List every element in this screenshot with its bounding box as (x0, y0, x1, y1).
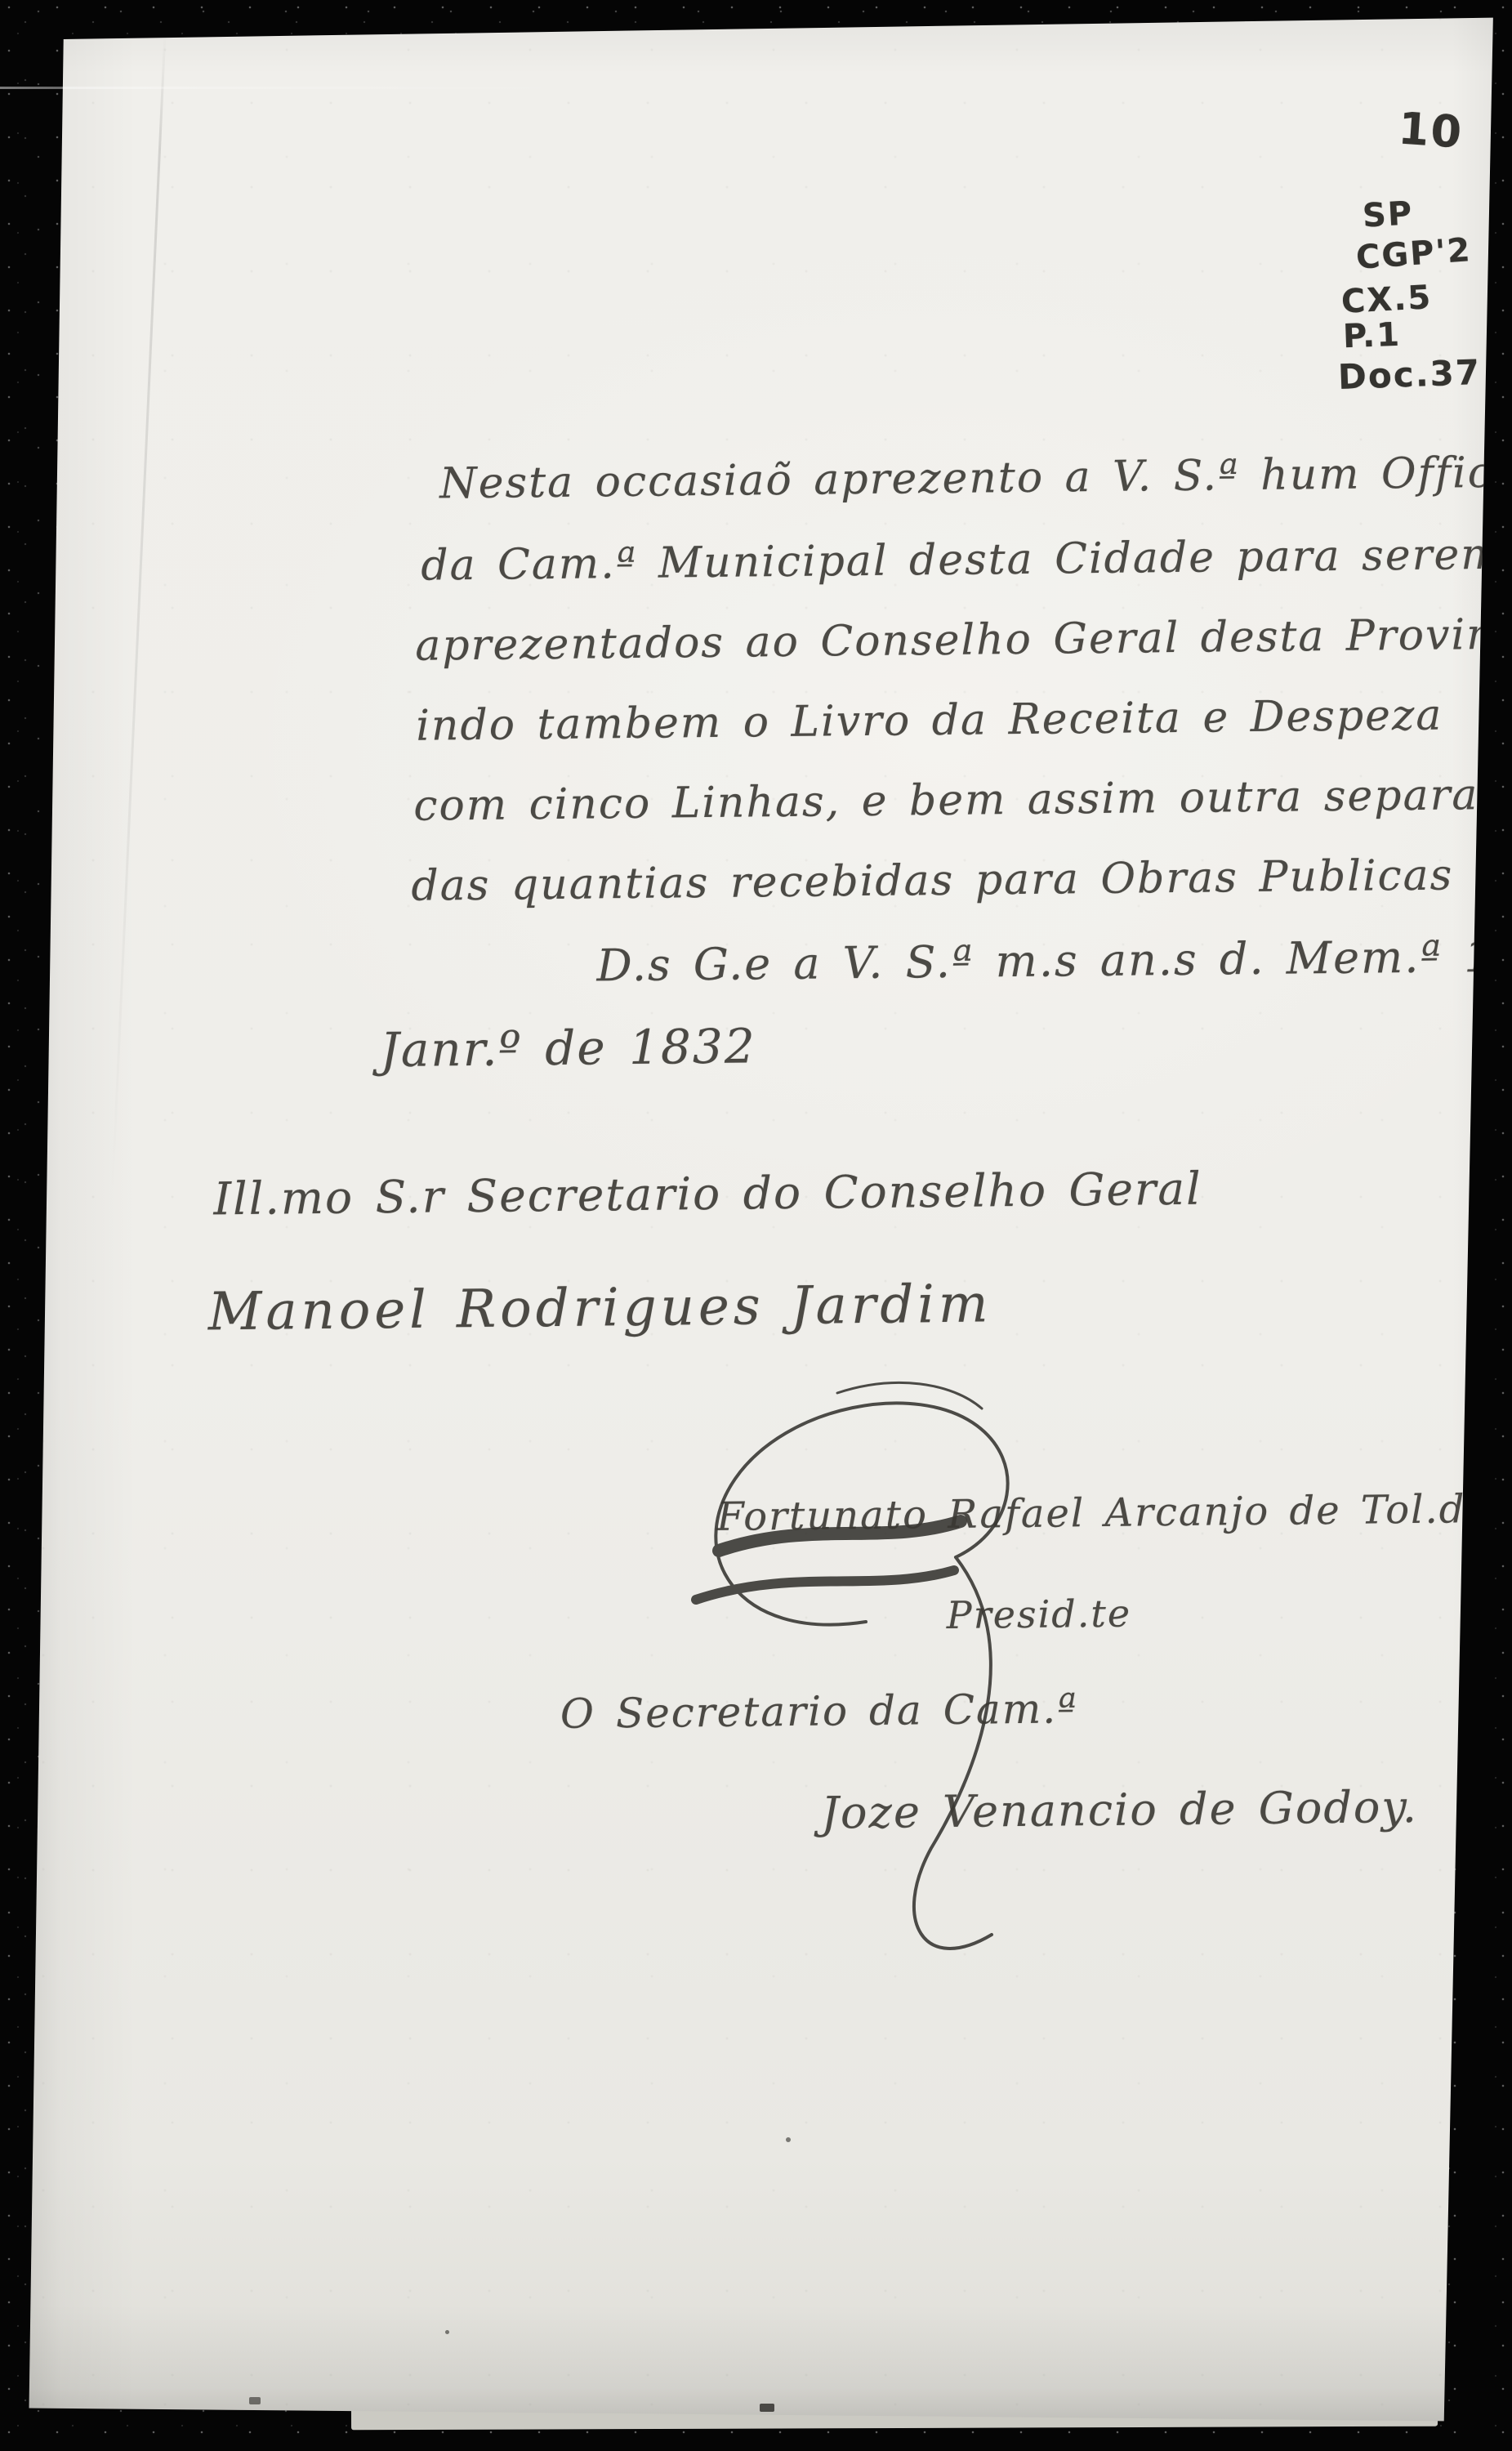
secretary-signature: Joze Venancio de Godoy. (821, 1781, 1418, 1839)
president-signature: Fortunato Rafael Arcanjo de Tol.do (716, 1486, 1491, 1540)
stamp-line-collection: CGP'2 (1355, 231, 1473, 277)
stamp-line-doc: Doc.37 (1337, 352, 1482, 397)
stamp-line-box: CX.5 (1340, 279, 1433, 321)
signature-flourish (670, 1364, 1193, 2002)
addressee-line-2: Manoel Rodrigues Jardim (207, 1274, 992, 1342)
page-number: 10 (1397, 102, 1465, 158)
scanned-document-page: 10 SP CGP'2 CX.5 P.1 Doc.37 Nesta occasi… (0, 0, 1512, 2451)
secretary-office-line: O Secretario da Cam.ª (560, 1685, 1078, 1738)
scan-scratch-line (0, 87, 588, 89)
body-line-date: Janr.º de 1832 (380, 1018, 756, 1078)
body-line-valediction: D.s G.e a V. S.ª m.s an.s d. Mem.ª 10 de (596, 930, 1512, 992)
stamp-line-fund: SP (1362, 194, 1414, 234)
dust-speck (445, 2330, 449, 2334)
president-title: Presid.te (946, 1592, 1131, 1637)
dust-speck (249, 2397, 261, 2404)
paper-sheet: 10 SP CGP'2 CX.5 P.1 Doc.37 Nesta occasi… (0, 0, 1512, 2451)
stamp-line-pasta: P.1 (1342, 316, 1402, 355)
addressee-line-1: Ill.mo S.r Secretario do Conselho Geral (213, 1163, 1202, 1225)
dust-speck (786, 2137, 791, 2142)
dust-speck (760, 2404, 774, 2412)
paper-grain (0, 0, 1512, 2451)
